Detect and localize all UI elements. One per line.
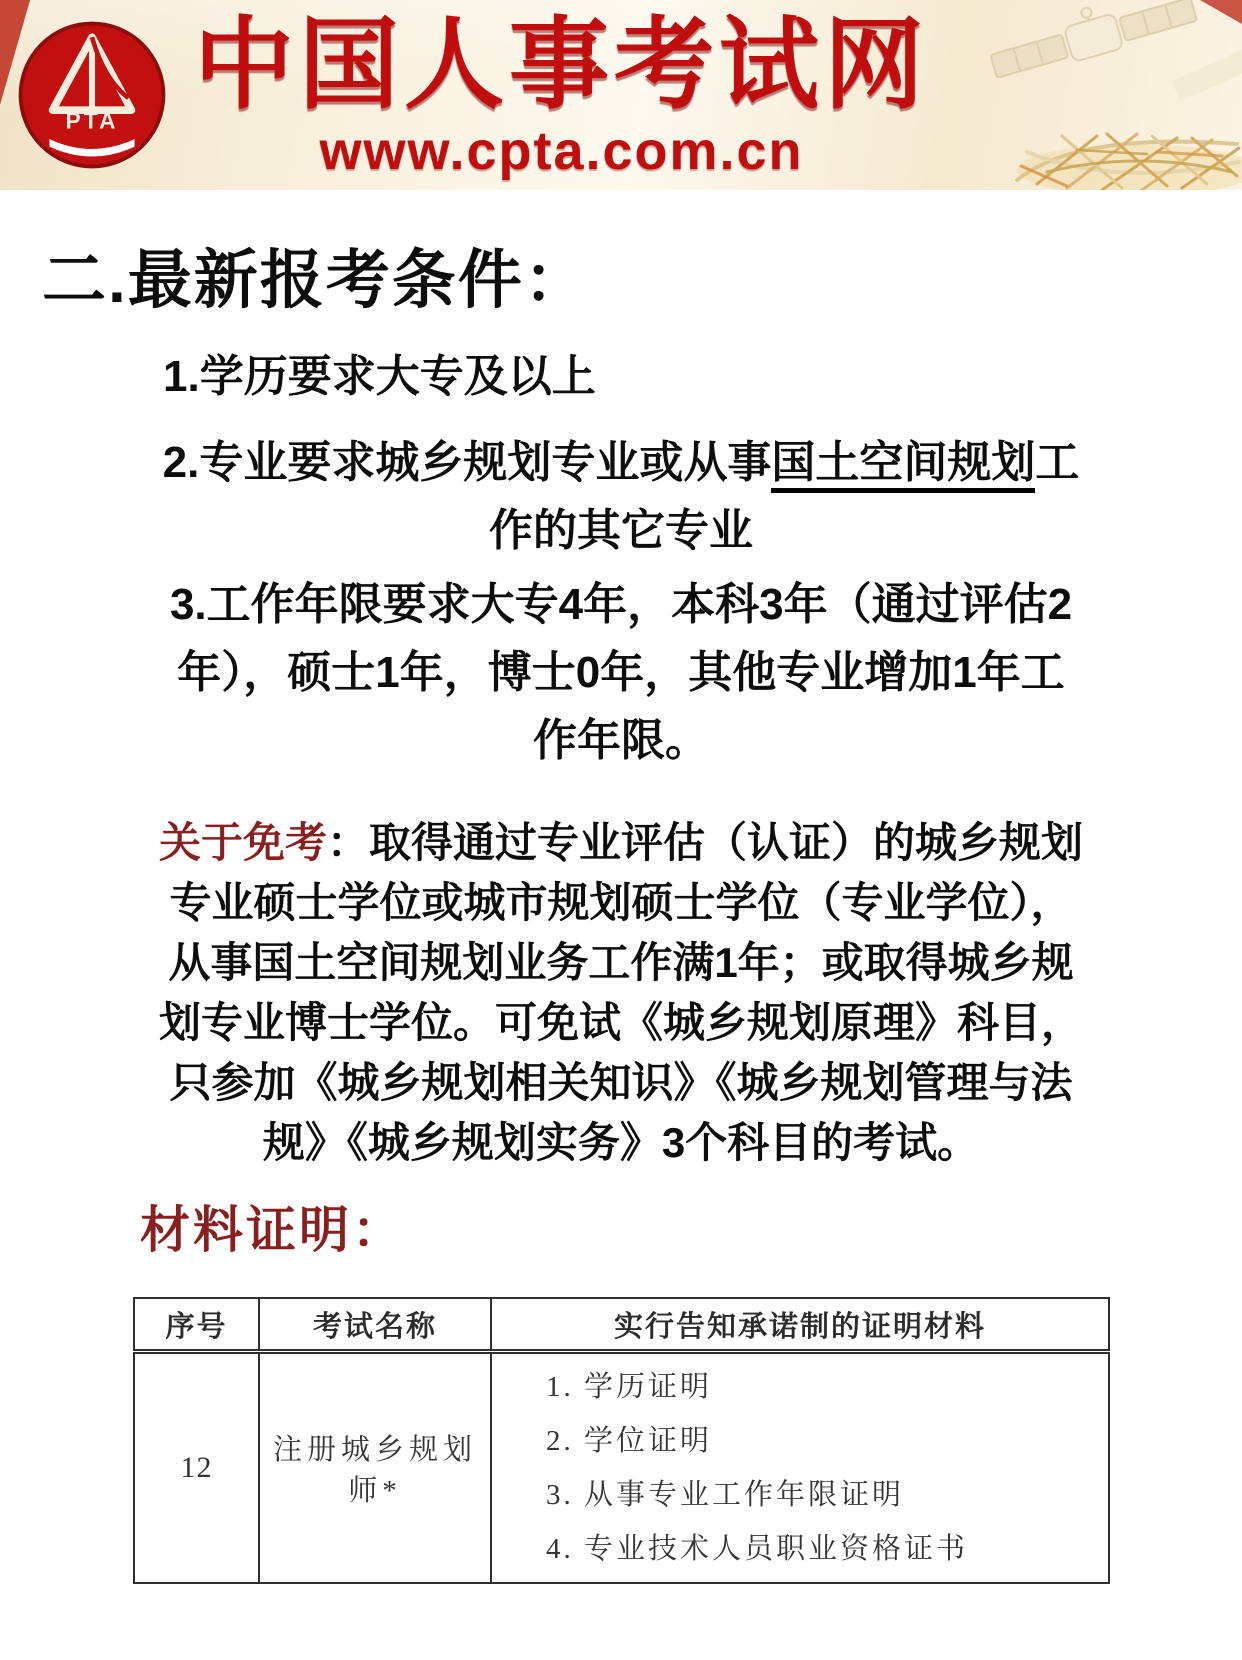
table-header-row: 序号 考试名称 实行告知承诺制的证明材料 [134, 1298, 1109, 1352]
materials-heading: 材料证明： [140, 1201, 1242, 1259]
satellite-decoration [972, 0, 1242, 107]
document-item: 4. 专业技术人员职业资格证书 [546, 1522, 1108, 1576]
document-item: 3. 从事专业工作年限证明 [546, 1468, 1108, 1522]
poster-page: { "header": { "logo": { "text": "PTA" },… [0, 0, 1242, 1660]
table-cell-documents: 1. 学历证明 2. 学位证明 3. 从事专业工作年限证明 4. 专业技术人员职… [491, 1352, 1109, 1584]
document-item: 2. 学位证明 [546, 1414, 1108, 1468]
document-item: 1. 学历证明 [546, 1360, 1108, 1414]
exemption-label: 关于免考 [159, 819, 327, 866]
materials-table: 序号 考试名称 实行告知承诺制的证明材料 12 注册城乡规划师* 1. 学历证明… [133, 1297, 1110, 1585]
site-name: 中国人事考试网 [194, 13, 929, 117]
site-url: www.cpta.com.cn [319, 124, 803, 178]
requirement-item-3: 3.工作年限要求大专4年，本科3年（通过评估2年），硕士1年，博士0年，其他专业… [156, 571, 1086, 775]
requirement-item-2-underlined-term: 国土空间规划 [771, 438, 1035, 493]
requirement-item-2-prefix: 2.专业要求城乡规划专业或从事 [163, 438, 772, 487]
document-list: 1. 学历证明 2. 学位证明 3. 从事专业工作年限证明 4. 专业技术人员职… [546, 1360, 1108, 1576]
table-header-docs: 实行告知承诺制的证明材料 [491, 1298, 1109, 1352]
main-content: 二.最新报考条件： 1.学历要求大专及以上 2.专业要求城乡规划专业或从事国土空… [0, 242, 1242, 1584]
site-banner: PTA 中国人事考试网 www.cpta.com.cn [0, 0, 1242, 190]
page-title: 二.最新报考条件： [42, 242, 1242, 319]
pta-logo: PTA [16, 19, 168, 171]
banner-text: 中国人事考试网 www.cpta.com.cn [194, 13, 929, 178]
table-cell-exam-name: 注册城乡规划师* [259, 1352, 491, 1584]
exemption-body: 取得通过专业评估（认证）的城乡规划专业硕士学位或城市规划硕士学位（专业学位），从… [159, 819, 1083, 1166]
requirement-item-1: 1.学历要求大专及以上 [163, 343, 1242, 411]
table-cell-no: 12 [134, 1352, 259, 1584]
pta-logo-text: PTA [65, 107, 118, 133]
requirement-item-2: 2.专业要求城乡规划专业或从事国土空间规划工作的其它专业 [156, 429, 1086, 565]
table-header-no: 序号 [134, 1298, 259, 1352]
table-header-exam: 考试名称 [259, 1298, 491, 1352]
table-row: 12 注册城乡规划师* 1. 学历证明 2. 学位证明 3. 从事专业工作年限证… [134, 1352, 1109, 1584]
exemption-separator: ： [327, 819, 369, 866]
exemption-paragraph: 关于免考：取得通过专业评估（认证）的城乡规划专业硕士学位或城市规划硕士学位（专业… [151, 813, 1091, 1173]
birds-nest-decoration [1007, 92, 1242, 190]
